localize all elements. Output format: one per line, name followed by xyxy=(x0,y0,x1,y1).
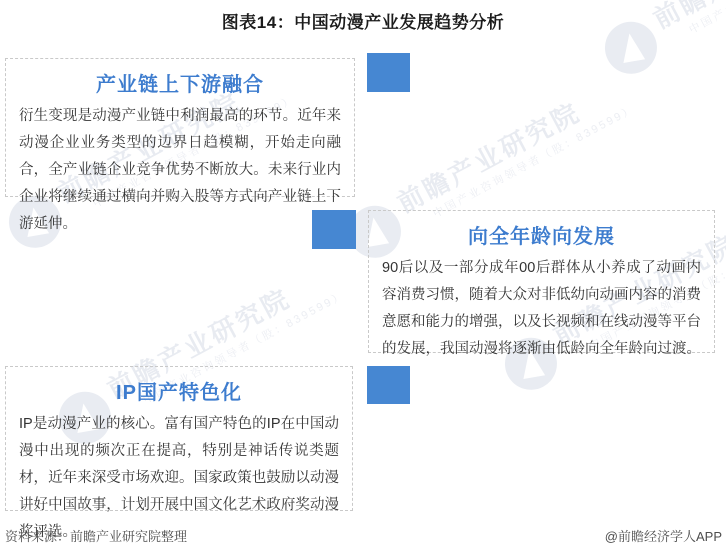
app-credit-note: @前瞻经济学人APP xyxy=(605,526,722,545)
card-body: 90后以及一部分成年00后群体从小养成了动画内容消费习惯，随着大众对非低幼向动画… xyxy=(382,255,701,363)
trend-card-industry-chain-fusion: 产业链上下游融合 衍生变现是动漫产业链中利润最高的环节。近年来动漫企业业务类型的… xyxy=(5,58,355,197)
card-body: 衍生变现是动漫产业链中利润最高的环节。近年来动漫企业业务类型的边界日趋模糊，开始… xyxy=(19,103,341,238)
blue-accent-square xyxy=(367,366,410,404)
card-title: 向全年龄向发展 xyxy=(382,220,701,249)
page-title: 图表14：中国动漫产业发展趋势分析 xyxy=(0,8,726,33)
trend-card-domestic-ip: IP国产特色化 IP是动漫产业的核心。富有国产特色的IP在中国动漫中出现的频次正… xyxy=(5,366,353,511)
card-title: IP国产特色化 xyxy=(19,376,339,405)
blue-accent-square xyxy=(312,210,356,249)
watermark-text: 前瞻产业研究院 xyxy=(392,97,585,219)
trend-card-all-age-development: 向全年龄向发展 90后以及一部分成年00后群体从小养成了动画内容消费习惯，随着大… xyxy=(368,210,715,353)
card-title: 产业链上下游融合 xyxy=(19,68,341,97)
blue-accent-square xyxy=(367,53,410,92)
figure-canvas: 前瞻产业研究院 中国产业咨询领导者（股：839599） 前瞻产业研究院 中国产业… xyxy=(0,0,726,558)
data-source-note: 资料来源：前瞻产业研究院整理 xyxy=(5,526,187,545)
